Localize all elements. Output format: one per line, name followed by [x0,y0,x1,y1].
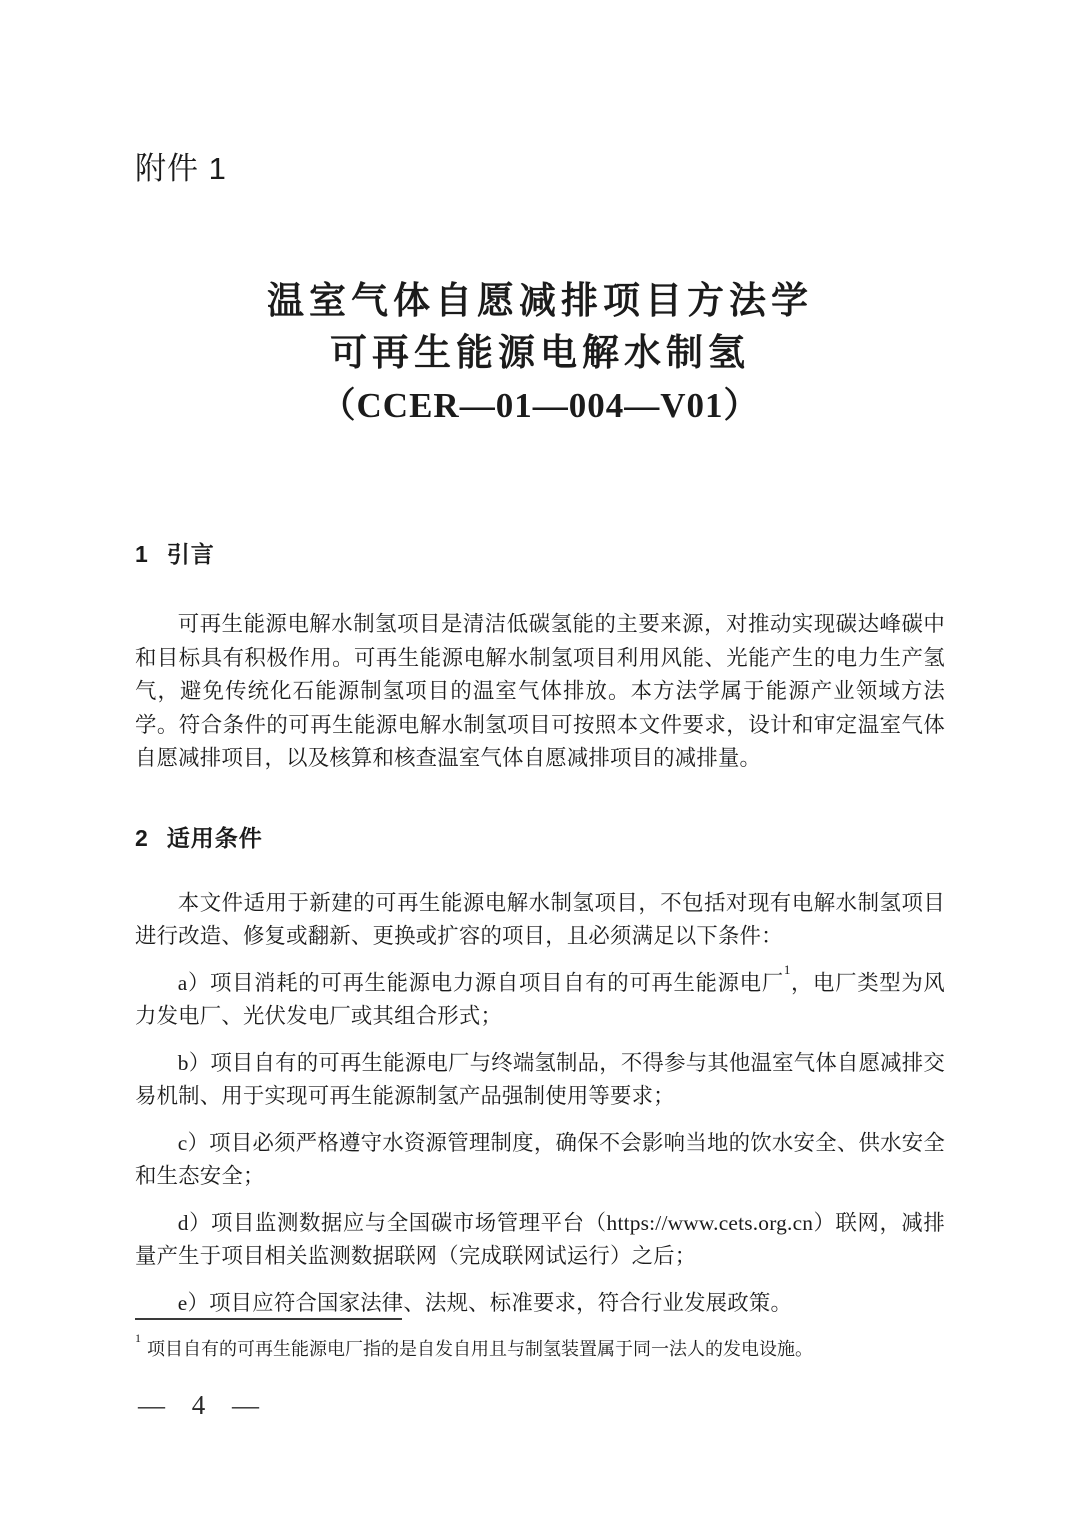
document-title: 温室气体自愿减排项目方法学 可再生能源电解水制氢 （CCER—01—004—V0… [135,276,945,432]
document-page: 附件 1 温室气体自愿减排项目方法学 可再生能源电解水制氢 （CCER—01—0… [0,0,1080,1527]
condition-item-e: e）项目应符合国家法律、法规、标准要求，符合行业发展政策。 [135,1287,945,1321]
title-methodology-code: （CCER—01—004—V01） [135,380,945,432]
footnote-area: 1项目自有的可再生能源电厂指的是自发自用且与制氢装置属于同一法人的发电设施。 [135,1318,945,1362]
condition-item-c: c）项目必须严格遵守水资源管理制度，确保不会影响当地的饮水安全、供水安全和生态安… [135,1127,945,1194]
section-introduction: 1引言 可再生能源电解水制氢项目是清洁低碳氢能的主要来源，对推动实现碳达峰碳中和… [135,538,945,776]
condition-a-text: a）项目消耗的可再生能源电力源自项目自有的可再生能源电厂 [178,971,784,995]
footnote-1: 1项目自有的可再生能源电厂指的是自发自用且与制氢装置属于同一法人的发电设施。 [135,1331,945,1362]
footnote-reference-1: 1 [784,962,791,977]
section-2-number: 2 [135,825,149,851]
section-1-number: 1 [135,541,149,567]
footnote-divider [135,1318,402,1320]
section-1-title: 引言 [167,541,215,567]
section-1-heading: 1引言 [135,538,945,570]
footnote-1-marker: 1 [135,1331,141,1345]
attachment-label: 附件 1 [135,0,945,189]
section-applicability: 2适用条件 本文件适用于新建的可再生能源电解水制氢项目，不包括对现有电解水制氢项… [135,822,945,1321]
condition-item-a: a）项目消耗的可再生能源电力源自项目自有的可再生能源电厂1，电厂类型为风力发电厂… [135,967,945,1034]
section-2-title: 适用条件 [167,825,263,851]
applicability-lead-paragraph: 本文件适用于新建的可再生能源电解水制氢项目，不包括对现有电解水制氢项目进行改造、… [135,887,945,954]
title-line-2: 可再生能源电解水制氢 [135,328,945,380]
page-number: — 4 — [138,1390,261,1421]
footnote-1-text: 项目自有的可再生能源电厂指的是自发自用且与制氢装置属于同一法人的发电设施。 [147,1339,813,1359]
introduction-paragraph: 可再生能源电解水制氢项目是清洁低碳氢能的主要来源，对推动实现碳达峰碳中和目标具有… [135,608,945,776]
title-line-1: 温室气体自愿减排项目方法学 [135,276,945,328]
section-2-heading: 2适用条件 [135,822,945,854]
condition-item-d: d）项目监测数据应与全国碳市场管理平台（https://www.cets.org… [135,1207,945,1274]
condition-item-b: b）项目自有的可再生能源电厂与终端氢制品，不得参与其他温室气体自愿减排交易机制、… [135,1047,945,1114]
